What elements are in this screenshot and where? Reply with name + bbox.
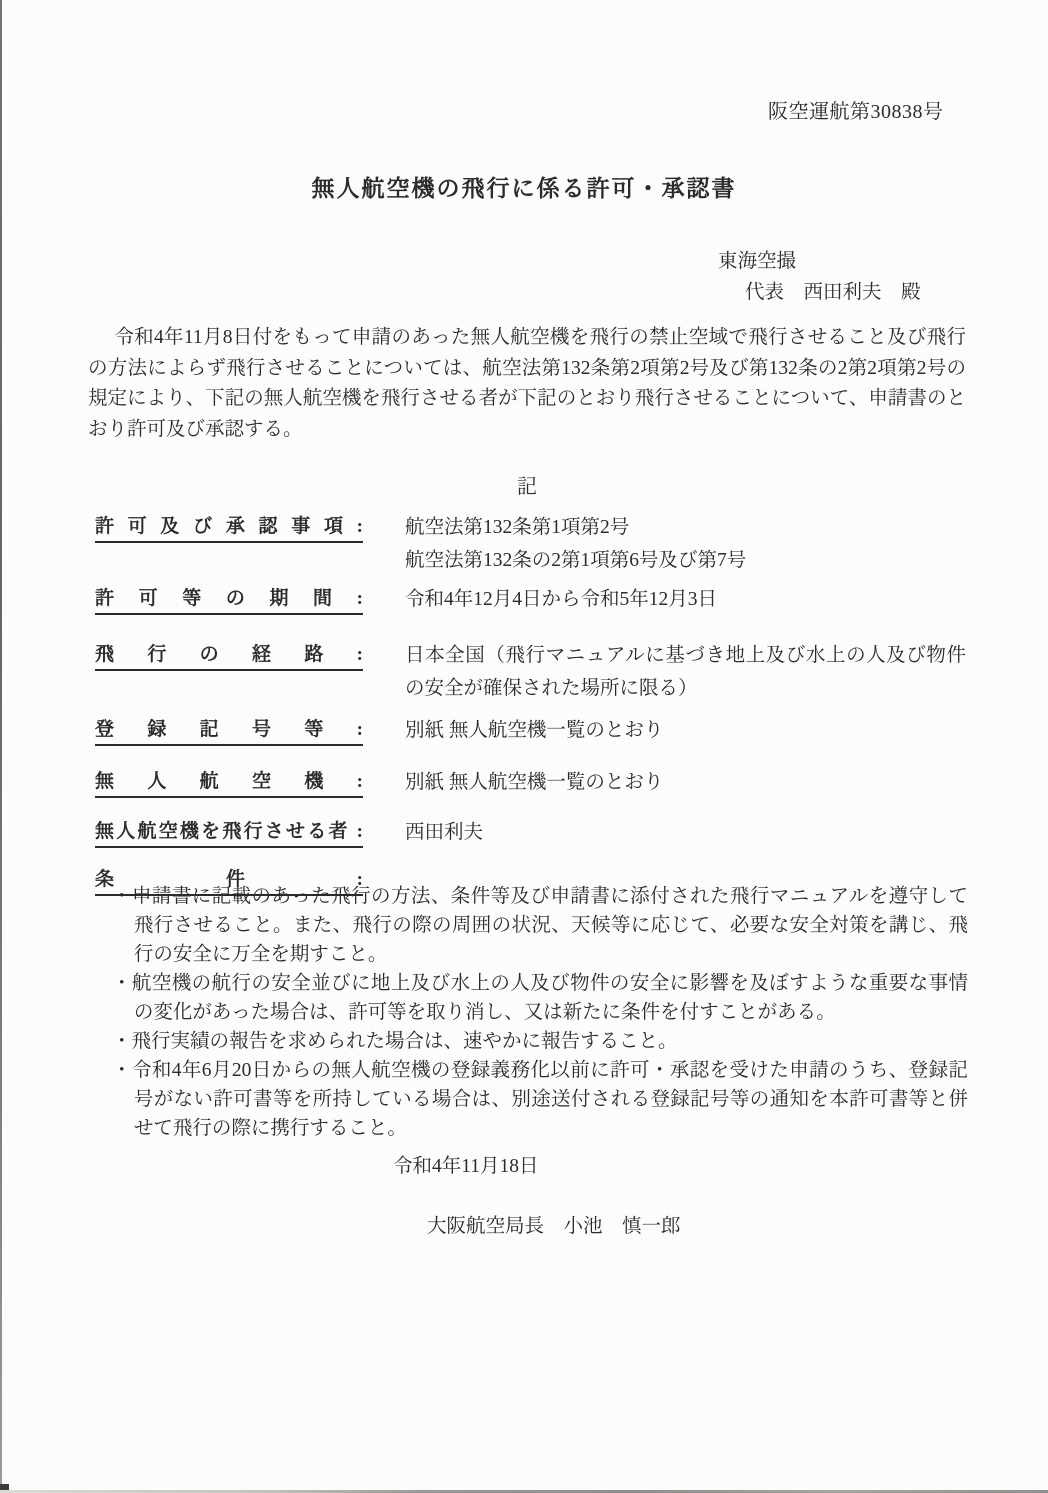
condition-item: ・申請書に記載のあった飛行の方法、条件等及び申請書に添付された飛行マニュアルを遵… <box>112 882 968 969</box>
condition-item: ・令和4年6月20日からの無人航空機の登録義務化以前に許可・承認を受けた申請のう… <box>112 1056 968 1143</box>
conditions-list: ・申請書に記載のあった飛行の方法、条件等及び申請書に添付された飛行マニュアルを遵… <box>112 882 968 1143</box>
addressee-company: 東海空撮 <box>718 246 921 277</box>
field-value-line: 航空法第132条第1項第2号 <box>405 511 966 544</box>
issue-date: 令和4年11月18日 <box>393 1150 539 1178</box>
field-row-approval-items: 許 可 及 び 承 認 事 項 : 航空法第132条第1項第2号 航空法第132… <box>95 511 966 577</box>
condition-item: ・航空機の航行の安全並びに地上及び水上の人及び物件の安全に影響を及ぼすような重要… <box>112 969 968 1027</box>
field-label-flight-route: 飛 行 の 経 路 : <box>95 639 363 671</box>
record-marker: 記 <box>88 470 966 499</box>
field-value-line: 別紙 無人航空機一覧のとおり <box>405 766 966 799</box>
field-value-line: 航空法第132条の2第1項第6号及び第7号 <box>405 544 966 577</box>
field-value-line: 別紙 無人航空機一覧のとおり <box>405 714 966 747</box>
addressee-block: 東海空撮 代表 西田利夫 殿 <box>718 246 921 308</box>
scan-left-edge-artifact <box>0 0 2 1493</box>
field-value-registration-mark: 別紙 無人航空機一覧のとおり <box>405 714 966 747</box>
scanned-permit-document: 阪空運航第30838号 無人航空機の飛行に係る許可・承認書 東海空撮 代表 西田… <box>0 0 1048 1493</box>
field-value-line: 令和4年12月4日から令和5年12月3日 <box>405 583 966 616</box>
field-value-approval-items: 航空法第132条第1項第2号 航空法第132条の2第1項第6号及び第7号 <box>405 511 966 577</box>
field-label-uav: 無 人 航 空 機 : <box>95 766 363 798</box>
field-value-operator: 西田利夫 <box>405 816 966 849</box>
addressee-representative: 代表 西田利夫 殿 <box>718 277 921 308</box>
field-value-line: 日本全国（飛行マニュアルに基づき地上及び水上の人及び物件の安全が確保された場所に… <box>405 639 966 705</box>
field-row-flight-route: 飛 行 の 経 路 : 日本全国（飛行マニュアルに基づき地上及び水上の人及び物件… <box>95 639 966 705</box>
field-label-approval-items: 許 可 及 び 承 認 事 項 : <box>95 511 363 543</box>
field-value-flight-route: 日本全国（飛行マニュアルに基づき地上及び水上の人及び物件の安全が確保された場所に… <box>405 639 966 705</box>
field-value-line: 西田利夫 <box>405 816 966 849</box>
field-label-registration-mark: 登 録 記 号 等 : <box>95 714 363 746</box>
issuer-signature: 大阪航空局長 小池 慎一郎 <box>427 1210 681 1238</box>
condition-item: ・飛行実績の報告を求められた場合は、速やかに報告すること。 <box>112 1027 968 1056</box>
field-row-registration-mark: 登 録 記 号 等 : 別紙 無人航空機一覧のとおり <box>95 714 966 747</box>
field-row-uav: 無 人 航 空 機 : 別紙 無人航空機一覧のとおり <box>95 766 966 799</box>
document-number: 阪空運航第30838号 <box>768 95 944 124</box>
page-title: 無人航空機の飛行に係る許可・承認書 <box>0 170 1048 203</box>
field-row-permit-period: 許 可 等 の 期 間 : 令和4年12月4日から令和5年12月3日 <box>95 583 966 616</box>
field-value-permit-period: 令和4年12月4日から令和5年12月3日 <box>405 583 966 616</box>
field-value-uav: 別紙 無人航空機一覧のとおり <box>405 766 966 799</box>
field-label-permit-period: 許 可 等 の 期 間 : <box>95 583 363 615</box>
field-label-operator: 無人航空機を飛行させる者 : <box>95 816 363 848</box>
body-paragraph: 令和4年11月8日付をもって申請のあった無人航空機を飛行の禁止空域で飛行させるこ… <box>88 323 966 445</box>
field-row-operator: 無人航空機を飛行させる者 : 西田利夫 <box>95 816 966 849</box>
